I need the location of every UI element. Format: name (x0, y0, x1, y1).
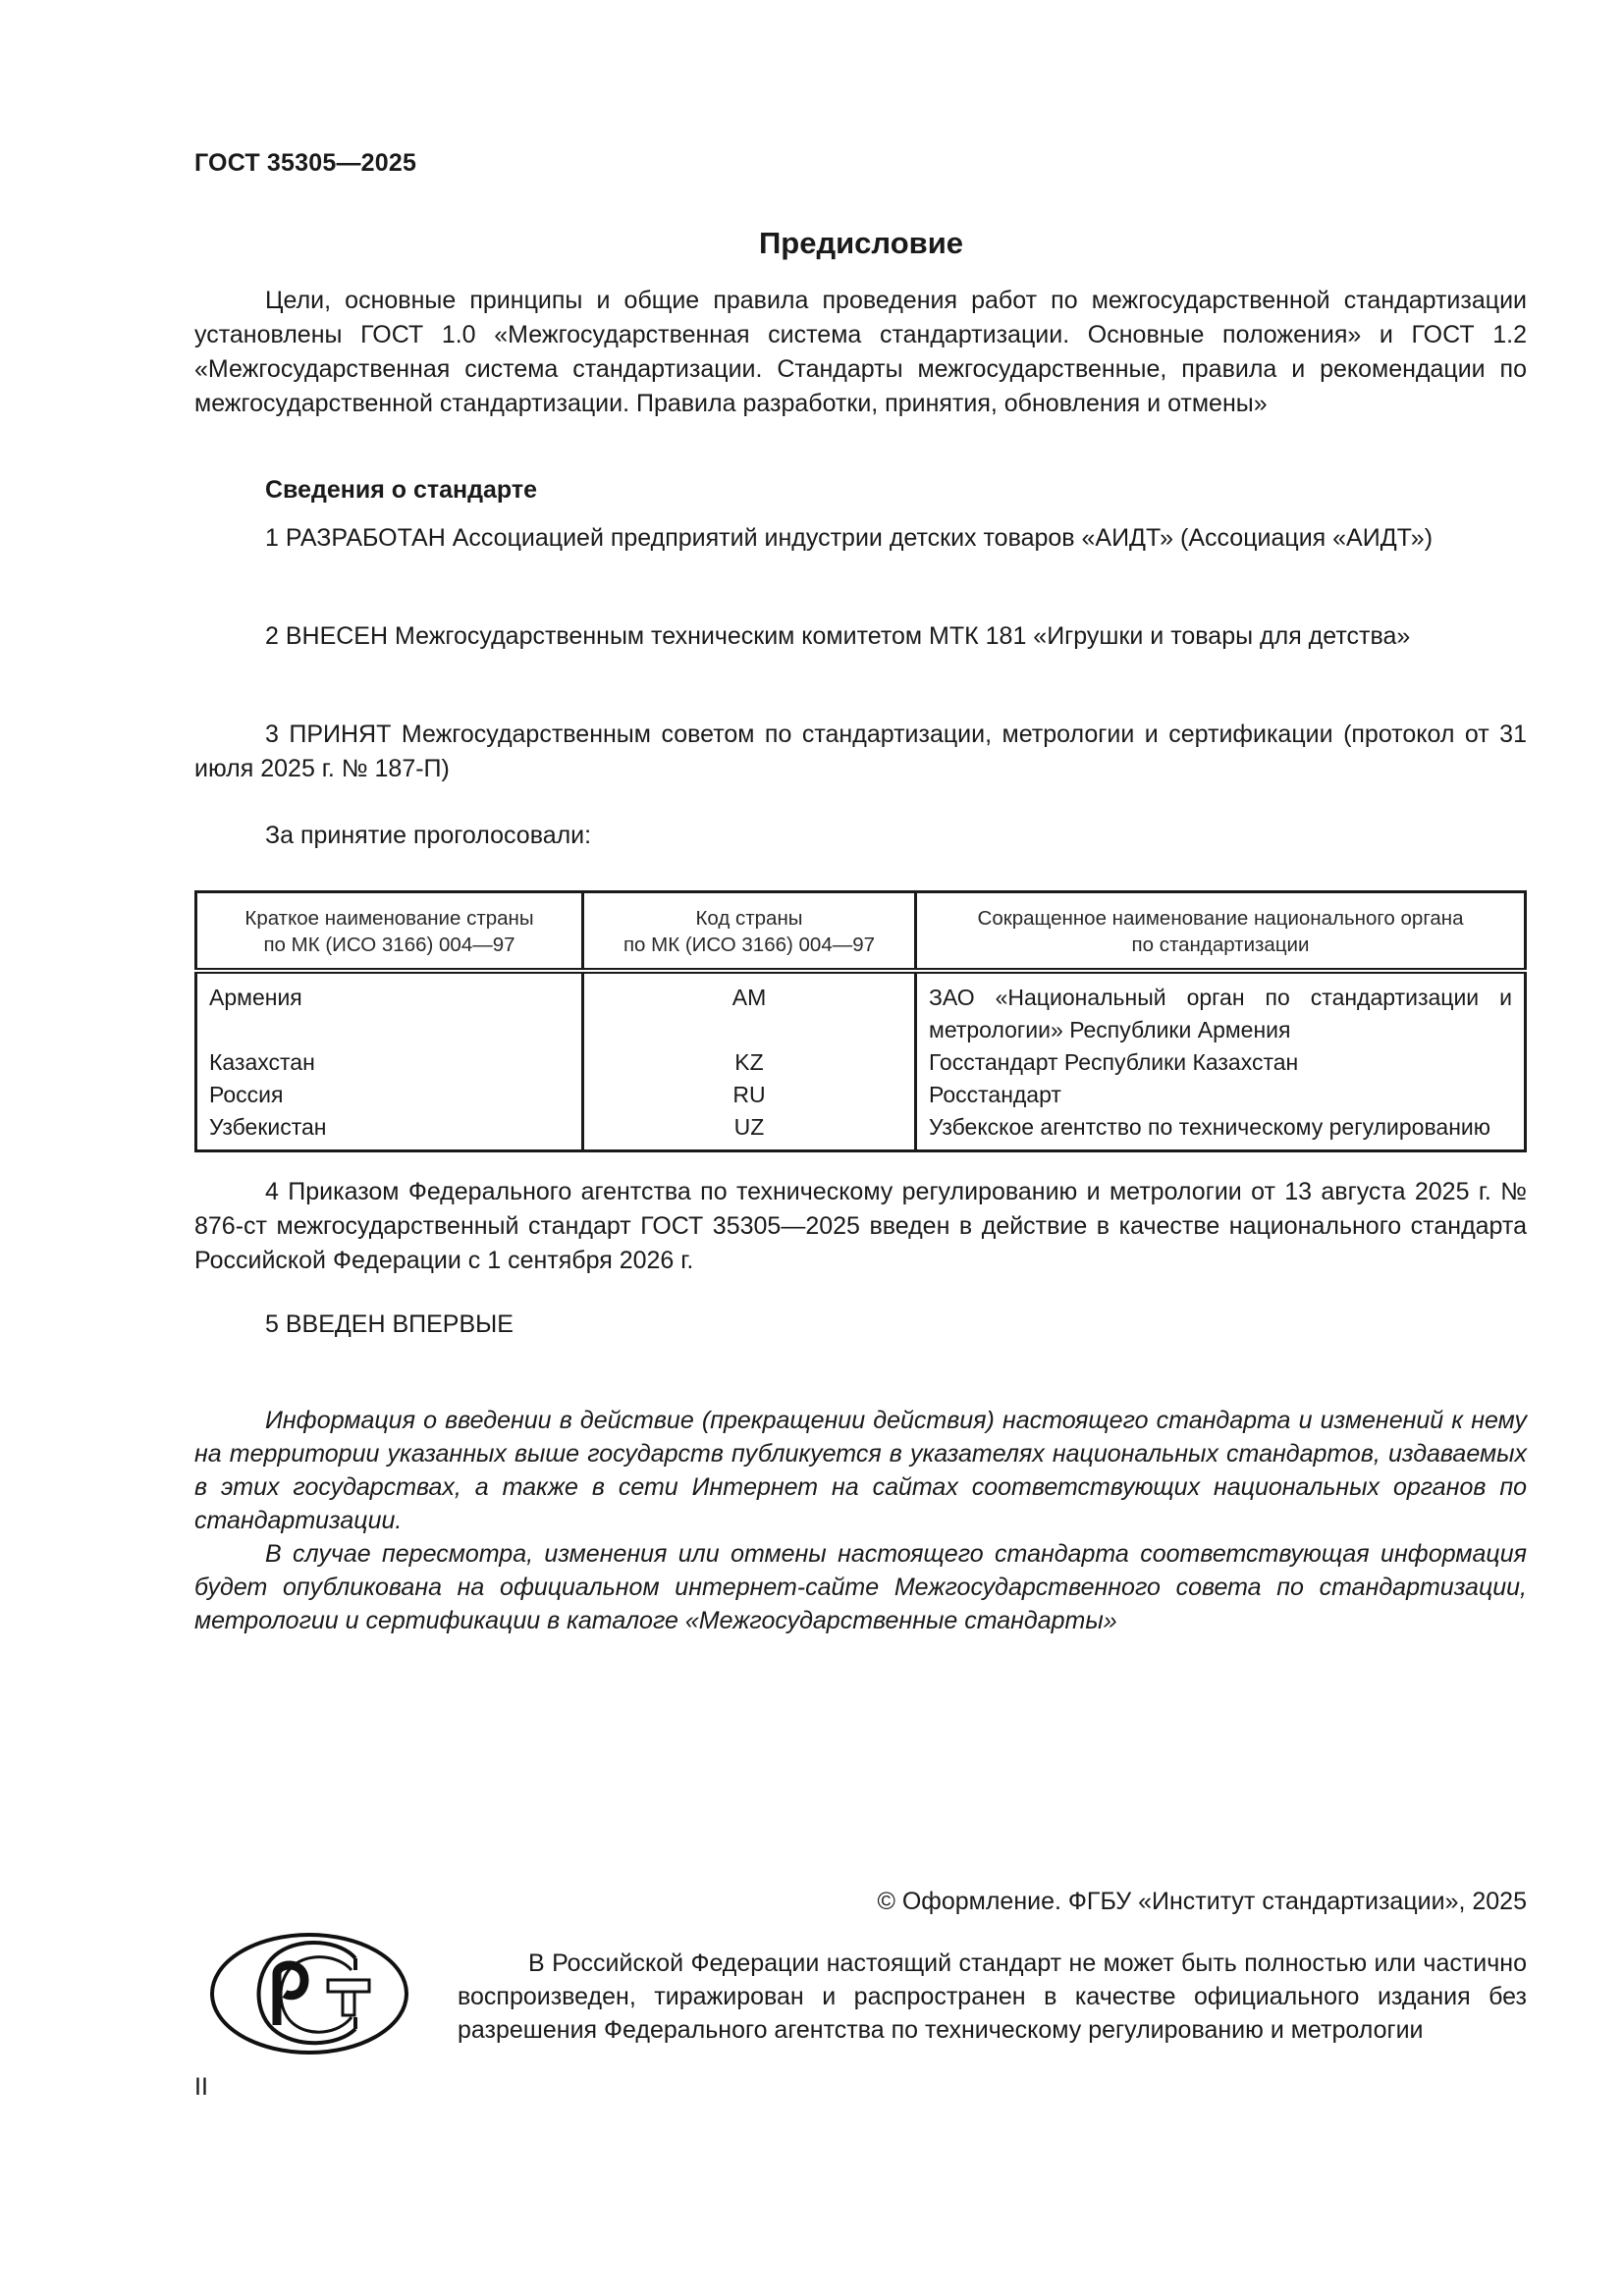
country-name: Узбекистан (196, 1111, 583, 1151)
vote-label: За принятие проголосовали: (194, 819, 1527, 853)
country-code: UZ (583, 1111, 916, 1151)
reproduction-notice: В Российской Федерации настоящий стандар… (458, 1947, 1527, 2047)
country-code: RU (583, 1079, 916, 1111)
table-row: Армения AM ЗАО «Национальный орган по ст… (196, 971, 1526, 1046)
header-national-body: Сокращенное наименование национального о… (916, 892, 1526, 972)
item-adopted: 3 ПРИНЯТ Межгосударственным советом по с… (194, 718, 1527, 786)
national-body: Госстандарт Республики Казахстан (916, 1046, 1526, 1079)
country-code: AM (583, 971, 916, 1046)
standard-info-heading: Сведения о стандарте (194, 473, 1527, 507)
item-developed: 1 РАЗРАБОТАН Ассоциацией предприятий инд… (194, 521, 1527, 556)
page-number: II (194, 2073, 208, 2102)
intro-paragraph: Цели, основные принципы и общие правила … (194, 284, 1527, 421)
header-country-name: Краткое наименование страны по МК (ИСО 3… (196, 892, 583, 972)
note-revision: В случае пересмотра, изменения или отмен… (194, 1537, 1527, 1637)
document-id-header: ГОСТ 35305—2025 (194, 149, 416, 178)
country-name: Россия (196, 1079, 583, 1111)
national-body: Росстандарт (916, 1079, 1526, 1111)
country-name: Казахстан (196, 1046, 583, 1079)
rst-certification-mark-icon (208, 1931, 410, 2056)
page-title: Предисловие (0, 226, 1624, 261)
table-row: Узбекистан UZ Узбекское агентство по тех… (196, 1111, 1526, 1151)
national-body: ЗАО «Национальный орган по стандартизаци… (916, 971, 1526, 1046)
country-code: KZ (583, 1046, 916, 1079)
table-row: Казахстан KZ Госстандарт Республики Каза… (196, 1046, 1526, 1079)
item-enacted: 4 Приказом Федерального агентства по тех… (194, 1175, 1527, 1278)
national-body: Узбекское агентство по техническому регу… (916, 1111, 1526, 1151)
note-info-publication: Информация о введении в действие (прекра… (194, 1404, 1527, 1537)
item-first-introduced: 5 ВВЕДЕН ВПЕРВЫЕ (194, 1308, 1527, 1342)
header-country-code: Код страны по МК (ИСО 3166) 004—97 (583, 892, 916, 972)
copyright-line: © Оформление. ФГБУ «Институт стандартиза… (877, 1888, 1527, 1916)
table-header-row: Краткое наименование страны по МК (ИСО 3… (196, 892, 1526, 972)
country-name: Армения (196, 971, 583, 1046)
table-row: Россия RU Росстандарт (196, 1079, 1526, 1111)
item-submitted: 2 ВНЕСЕН Межгосударственным техническим … (194, 619, 1527, 654)
voting-countries-table: Краткое наименование страны по МК (ИСО 3… (194, 890, 1527, 1152)
